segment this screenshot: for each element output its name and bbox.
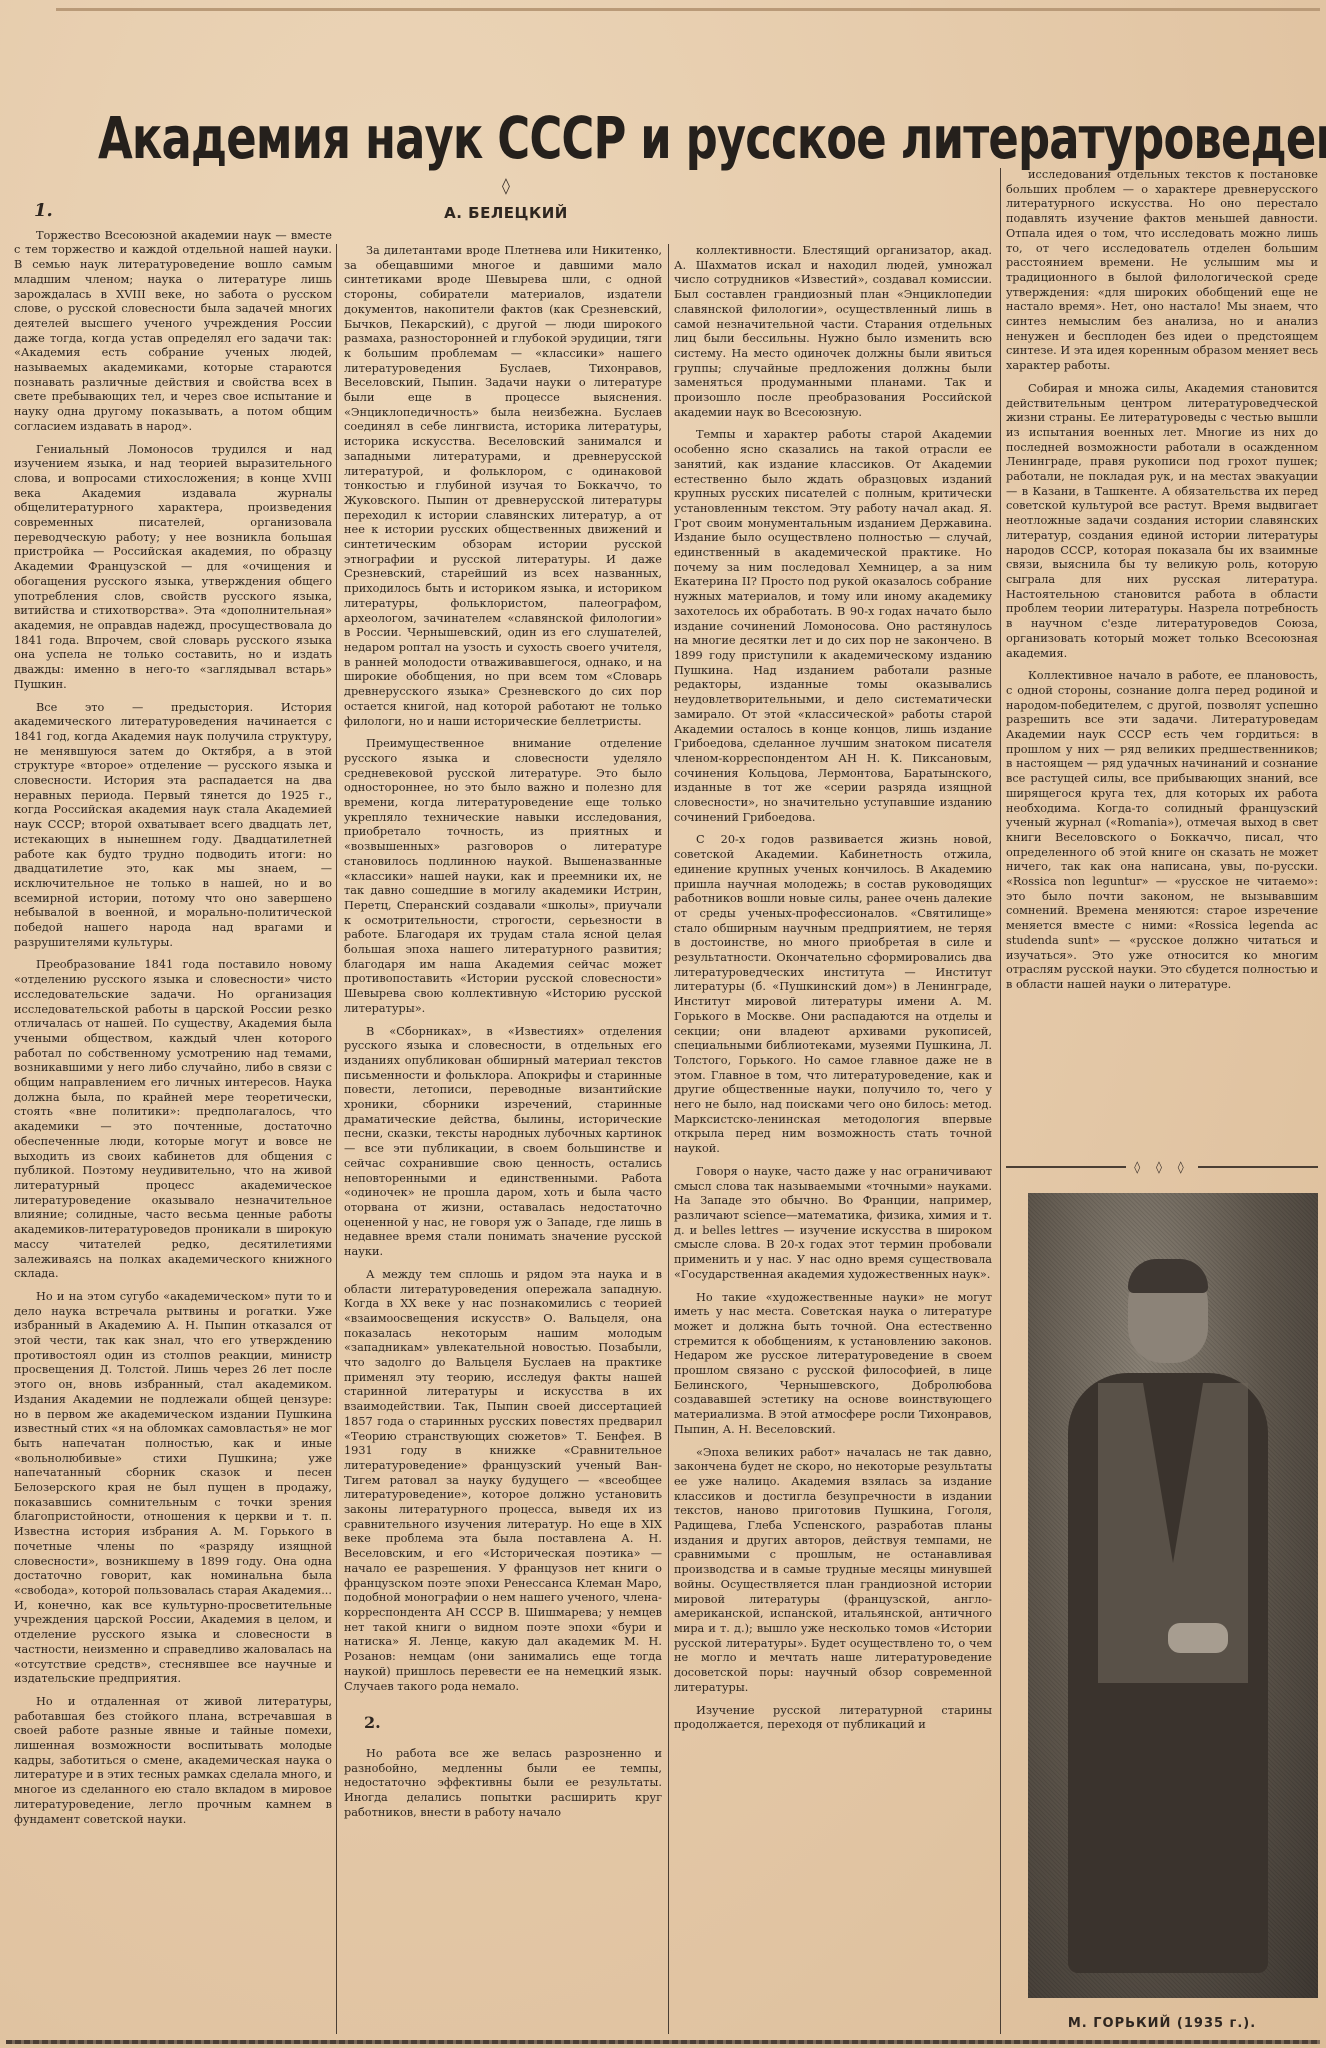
newspaper-page: Академия наук СССР и русское литературов…: [6, 8, 1320, 2044]
paragraph: В «Сборниках», в «Известиях» отделения р…: [344, 1025, 662, 1260]
paragraph: Собирая и множа силы, Академия становитс…: [1006, 382, 1318, 661]
ornament-rule: [1198, 1166, 1318, 1168]
paragraph: Торжество Всесоюзной академии наук — вме…: [14, 229, 332, 435]
paragraph: «Эпоха великих работ» началась не так да…: [674, 1446, 992, 1696]
article-headline: Академия наук СССР и русское литературов…: [98, 104, 1228, 172]
paragraph: Преобразование 1841 года поставило новом…: [14, 958, 332, 1281]
author-byline: А. БЕЛЕЦКИЙ: [341, 204, 671, 222]
paragraph: Но такие «художественные науки» не могут…: [674, 1291, 992, 1438]
paragraph: А между тем сплошь и рядом эта наука и в…: [344, 1268, 662, 1694]
section-number-2: 2.: [364, 1716, 662, 1731]
paragraph: Но работа все же велась разрозненно и ра…: [344, 1747, 662, 1821]
paragraph: Говоря о науке, часто даже у нас огранич…: [674, 1165, 992, 1283]
paragraph: Коллективное начало в работе, ее планово…: [1006, 669, 1318, 992]
paragraph: С 20-х годов развивается жизнь новой, со…: [674, 833, 992, 1156]
photo-figure-hair: [1128, 1259, 1208, 1293]
column-2: За дилетантами вроде Плетнева или Никите…: [344, 244, 662, 1828]
paragraph: коллективности. Блестящий организатор, а…: [674, 244, 992, 420]
column-divider: [1000, 168, 1001, 2034]
gorky-portrait-photo: [1028, 1193, 1318, 1998]
photo-caption: М. ГОРЬКИЙ (1935 г.).: [1006, 2016, 1318, 2031]
paragraph: Преимущественное внимание отделение русс…: [344, 737, 662, 1016]
column-3: коллективности. Блестящий организатор, а…: [674, 244, 992, 1741]
paragraph: Гениальный Ломоносов трудился и над изуч…: [14, 443, 332, 693]
paragraph: Изучение русской литературной старины пр…: [674, 1704, 992, 1733]
ornament-rule: [1006, 1166, 1126, 1168]
photo-figure-hand: [1168, 1623, 1228, 1653]
bottom-border-rule: [6, 2040, 1320, 2044]
column-4: исследования отдельных текстов к постано…: [1006, 168, 1318, 1001]
diamond-ornament-icon: ◊: [341, 178, 671, 194]
column-divider: [336, 244, 337, 2034]
column-1: 1. Торжество Всесоюзной академии наук — …: [14, 204, 332, 1835]
paragraph: За дилетантами вроде Плетнева или Никите…: [344, 244, 662, 729]
top-border-rule: [56, 8, 1320, 11]
section-number-1: 1.: [34, 204, 332, 219]
paragraph: Темпы и характер работы старой Академии …: [674, 428, 992, 825]
paragraph: Но и на этом сугубо «академическом» пути…: [14, 1290, 332, 1687]
section-ornament: ◊ ◊ ◊: [1006, 1161, 1318, 1173]
paragraph: Все это — предыстория. История академиче…: [14, 701, 332, 951]
byline-block: ◊ А. БЕЛЕЦКИЙ: [341, 178, 671, 222]
paragraph: исследования отдельных текстов к постано…: [1006, 168, 1318, 374]
paragraph: Но и отдаленная от живой литературы, раб…: [14, 1695, 332, 1827]
diamond-ornament-icon: ◊ ◊ ◊: [1134, 1160, 1189, 1174]
column-divider: [668, 244, 669, 2034]
